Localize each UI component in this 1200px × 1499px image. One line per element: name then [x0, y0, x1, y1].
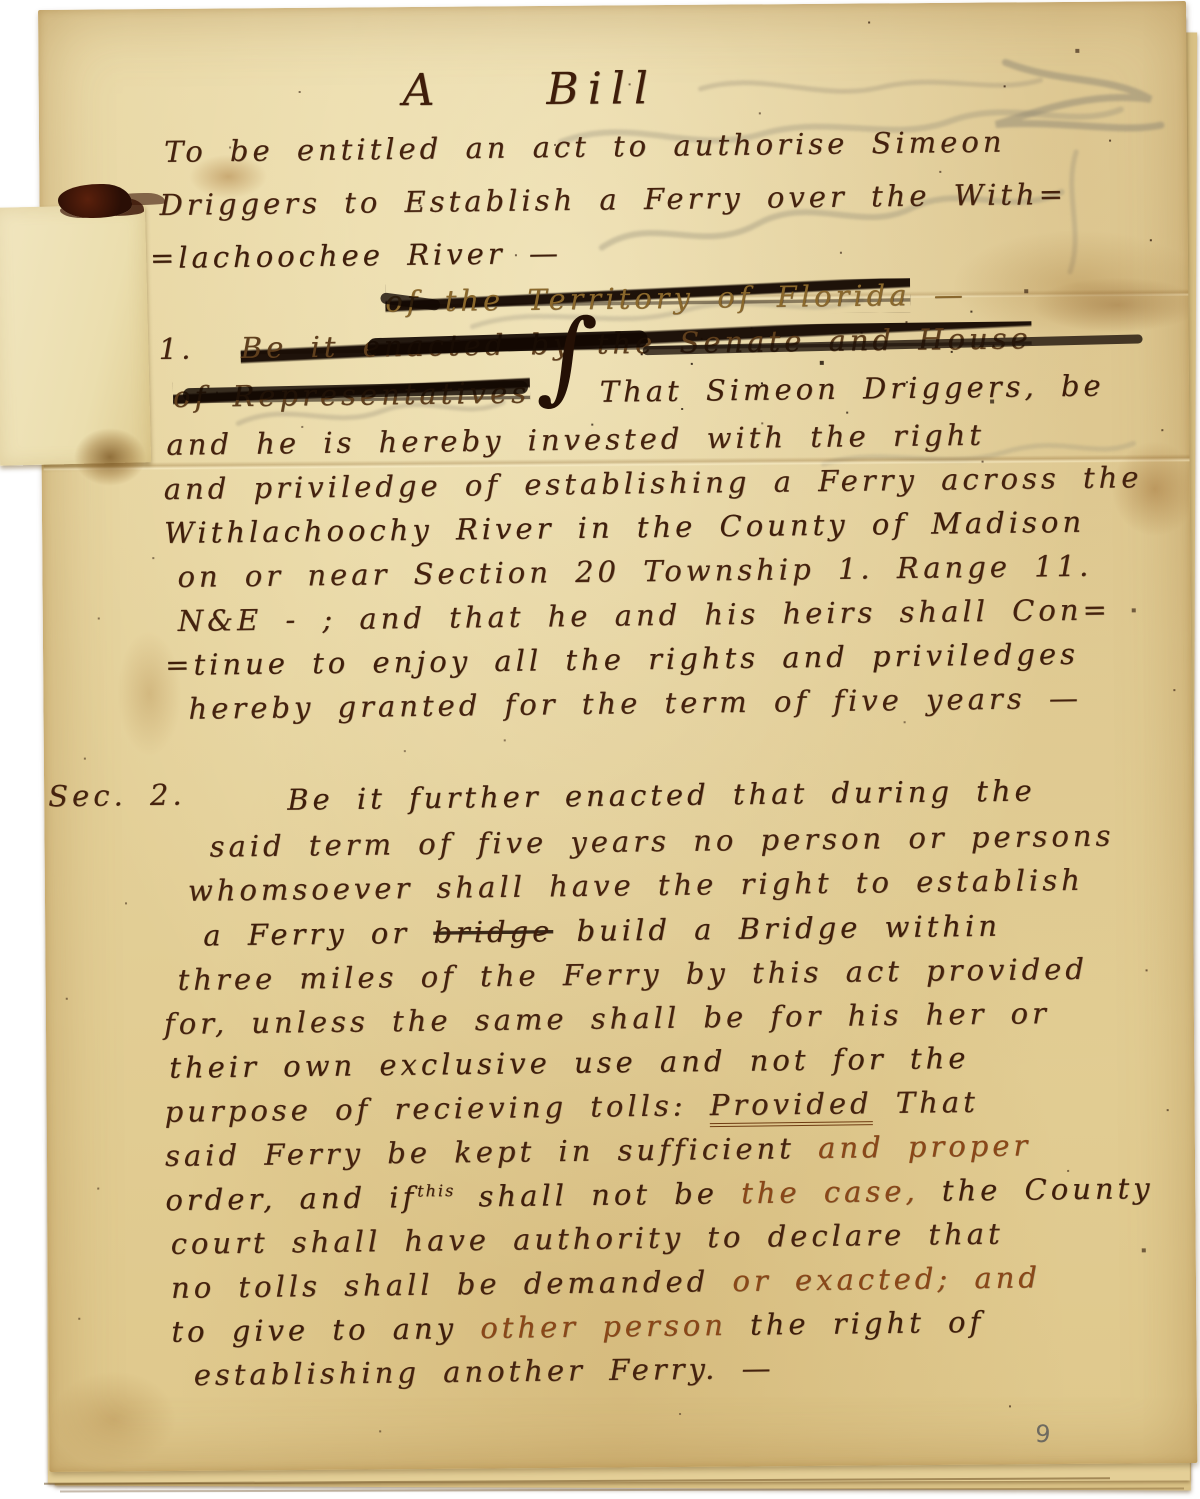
paper-stain: [1032, 277, 1197, 333]
bill-title: A Bill: [402, 63, 657, 116]
manuscript-segment: 1.: [158, 332, 194, 366]
manuscript-segment: or exacted; and: [732, 1260, 1041, 1298]
manuscript-segment: purpose of recieving tolls:: [164, 1088, 710, 1129]
manuscript-line: =lachoochee River —: [150, 236, 562, 275]
manuscript-page: A Bill To be entitled an act to authoris…: [38, 1, 1197, 1472]
manuscript-segment: to give to any: [171, 1311, 480, 1349]
manuscript-segment: the right of: [727, 1305, 985, 1342]
manuscript-segment: establishing another Ferry. —: [194, 1351, 775, 1392]
manuscript-segment: [194, 331, 241, 366]
manuscript-line: Sec. 2.: [48, 778, 186, 814]
manuscript-segment: Sec. 2.: [48, 778, 186, 814]
manuscript-segment: the County: [942, 1171, 1154, 1208]
manuscript-segment: a Ferry or: [203, 916, 433, 953]
manuscript-segment: =lachoochee River —: [150, 236, 562, 275]
paper-edge: [60, 1488, 1184, 1493]
manuscript-segment: this: [417, 1181, 455, 1200]
manuscript-segment: the case,: [741, 1174, 942, 1210]
paper-sheet-main: A Bill To be entitled an act to authoris…: [38, 1, 1197, 1472]
manuscript-line: of the Territory of Florida —: [385, 277, 967, 318]
paper-stain: [51, 1371, 177, 1467]
wax-seal-stain: [58, 184, 132, 218]
manuscript-segment: Provided: [710, 1086, 873, 1127]
manuscript-segment: order, and if: [165, 1180, 417, 1217]
manuscript-segment: bridge: [433, 914, 553, 949]
insertion-mark: ∫: [536, 301, 600, 410]
manuscript-segment: That: [872, 1085, 979, 1120]
manuscript-segment: —: [910, 277, 967, 312]
scanned-document: A Bill To be entitled an act to authoris…: [0, 0, 1200, 1499]
manuscript-segment: of the Territory of Florida: [385, 278, 911, 318]
page-number-pencil: 9: [1034, 1420, 1051, 1449]
paper-stain: [74, 428, 146, 486]
manuscript-segment: other person: [480, 1308, 727, 1345]
manuscript-line: establishing another Ferry. —: [194, 1351, 775, 1392]
manuscript-segment: and proper: [818, 1128, 1032, 1165]
manuscript-segment: no tolls shall be demanded: [171, 1264, 733, 1305]
paper-patch: [0, 204, 151, 466]
manuscript-segment: That Simeon Driggers, be: [599, 369, 1104, 409]
manuscript-segment: shall not be: [455, 1176, 741, 1213]
manuscript-segment: build a Bridge within: [553, 909, 1001, 948]
